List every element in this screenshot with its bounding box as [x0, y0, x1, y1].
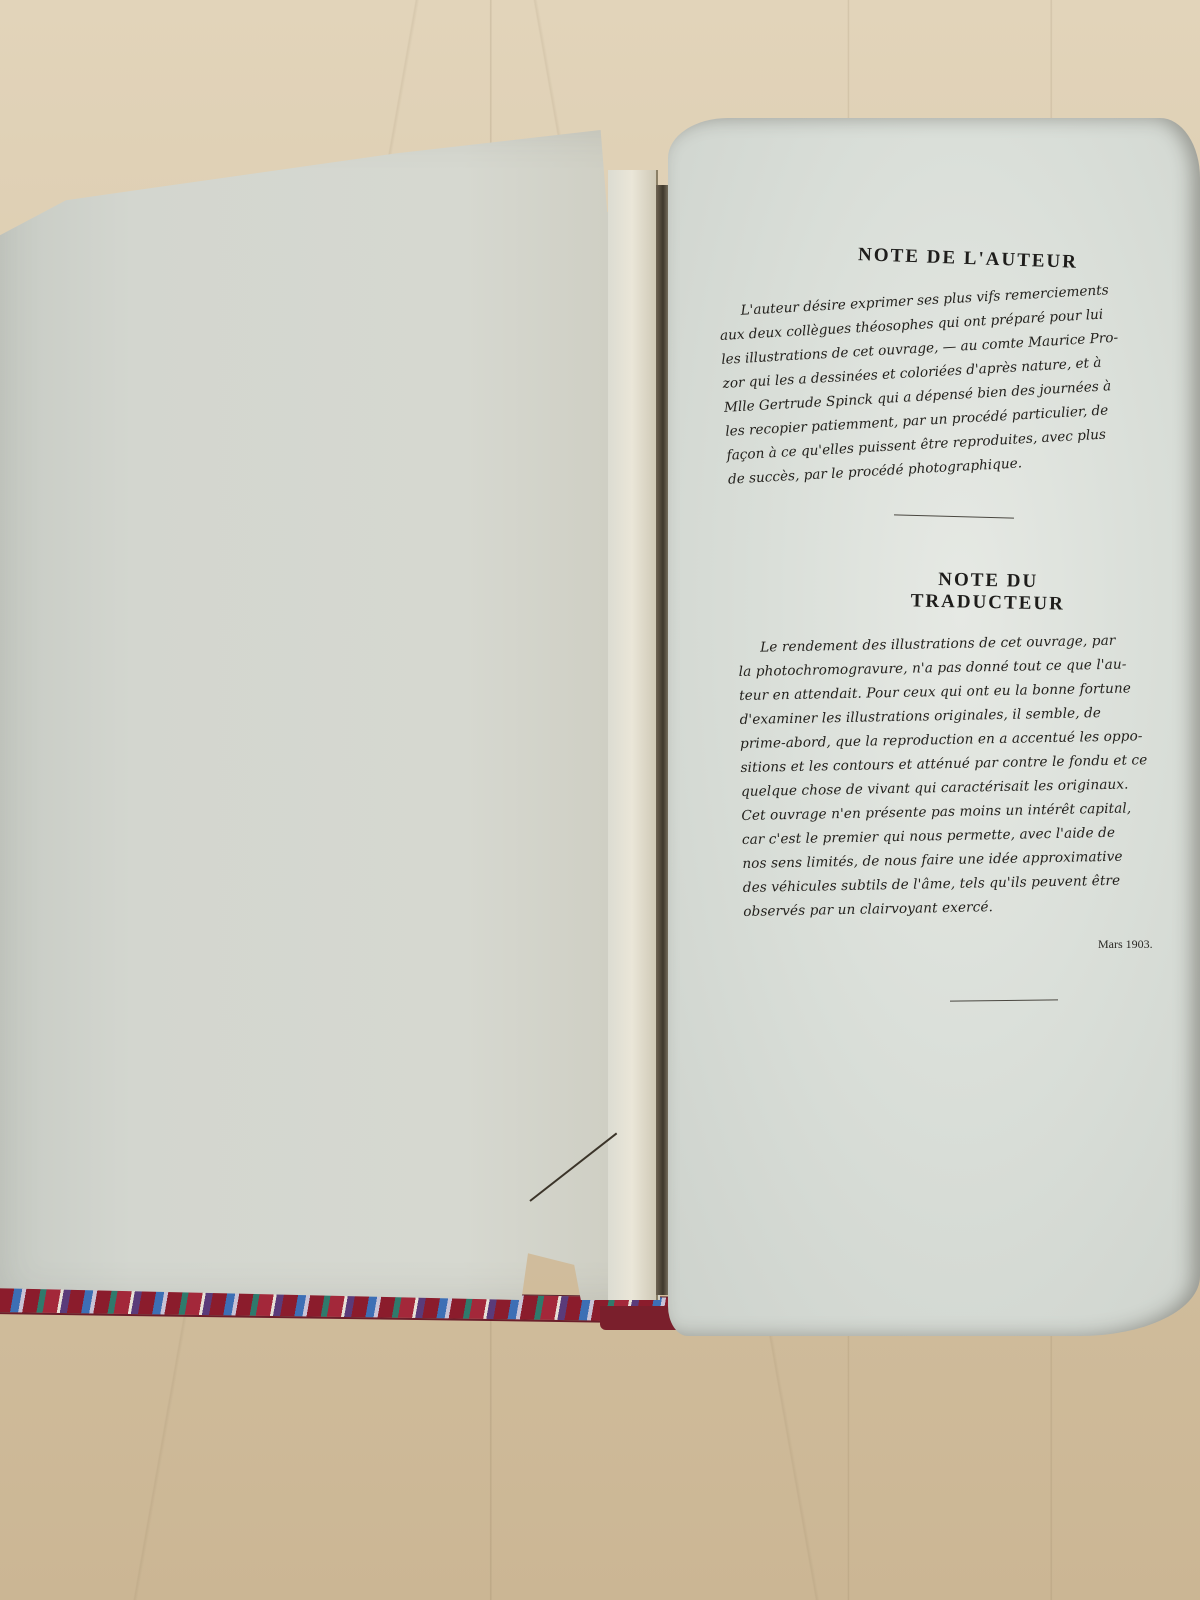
translator-note-body: Le rendement des illustrations de cet ou…	[738, 627, 1200, 924]
left-blank-page	[0, 130, 660, 1300]
author-note-body: L'auteur désire exprimer ses plus vifs r…	[718, 274, 1188, 491]
left-page-torn-edge	[608, 170, 658, 1300]
translator-note-heading: NOTE DU TRADUCTEUR	[858, 567, 1119, 616]
date-signature: Mars 1903.	[1098, 937, 1153, 952]
printed-text-area: NOTE DE L'AUTEUR L'auteur désire exprime…	[718, 248, 1178, 270]
